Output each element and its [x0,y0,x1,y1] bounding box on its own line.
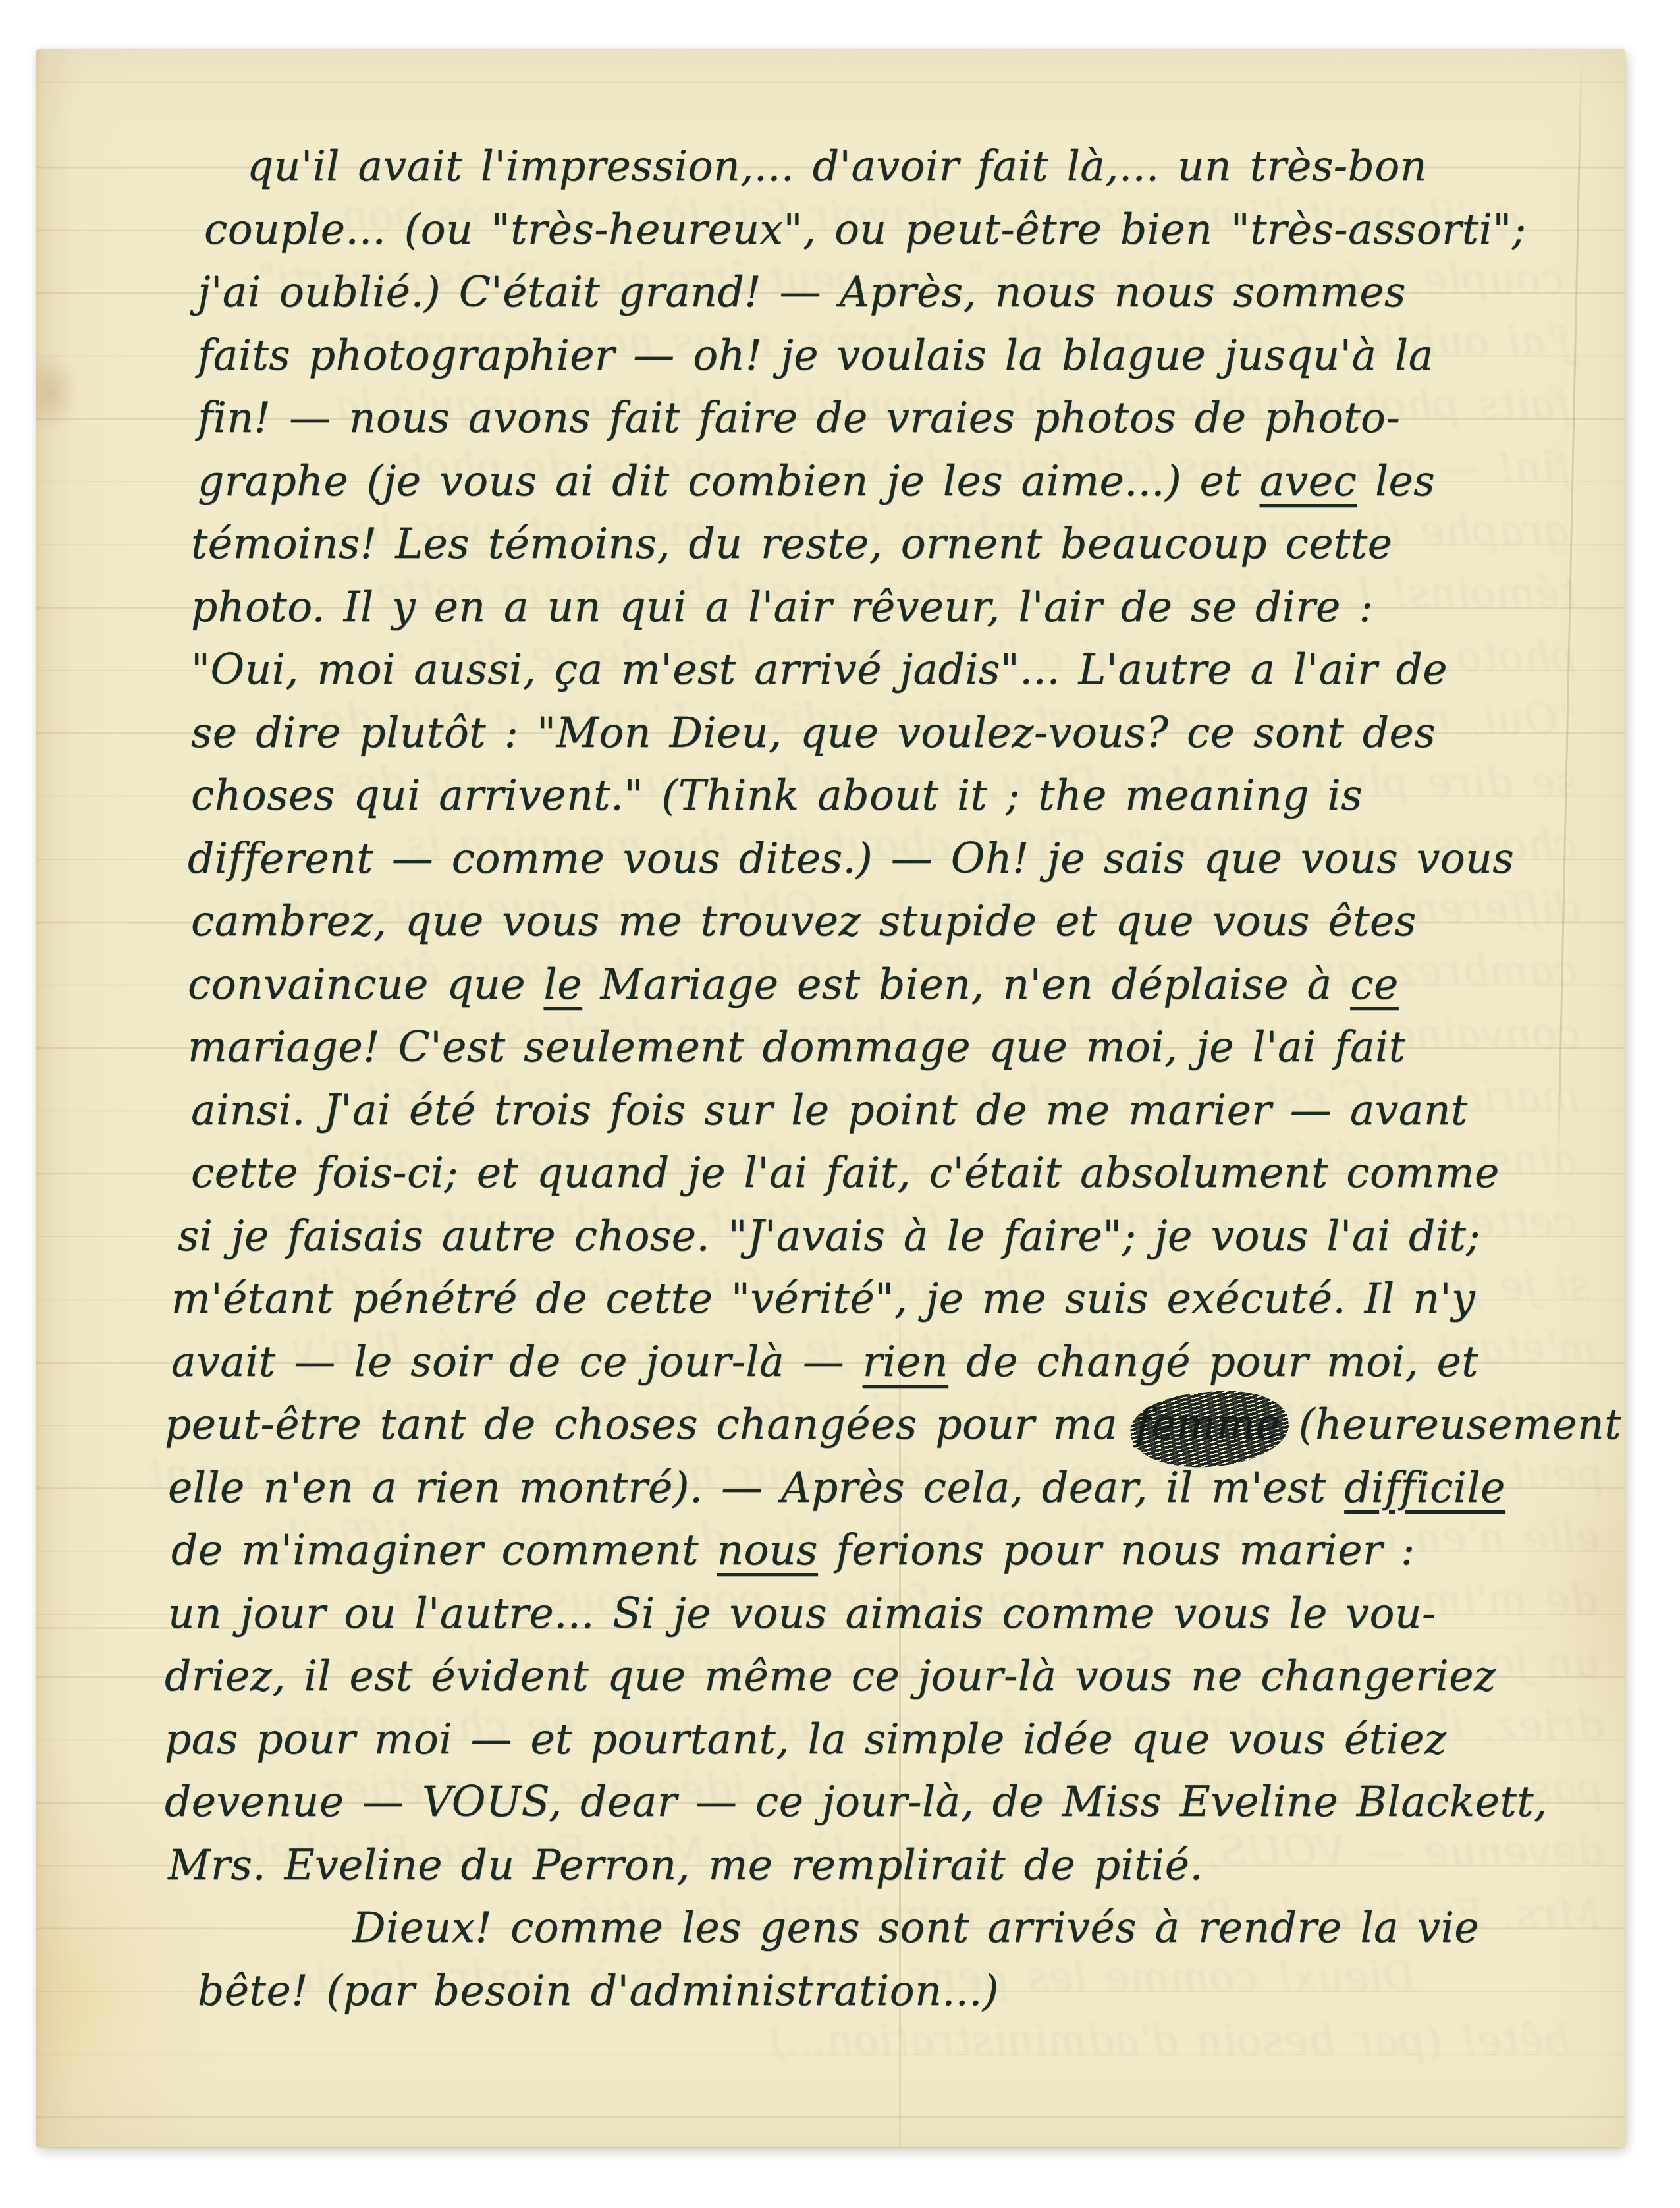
letter-line: faits photographier — oh! je voulais la … [198,324,1633,387]
letter-line: photo. Il y en a un qui a l'air rêveur, … [191,576,1633,639]
letter-line: peut-être tant de choses changées pour m… [165,1393,1633,1456]
letter-line: j'ai oublié.) C'était grand! — Après, no… [198,261,1633,324]
letter-line: pas pour moi — et pourtant, la simple id… [165,1708,1633,1771]
text-segment: bête! (par besoin d'administration...) [769,2016,1571,2064]
underlined-word: avec [1260,457,1357,505]
text-segment: de changé pour moi, et [948,1338,1478,1386]
letter-line: de m'imaginer comment nous ferions pour … [171,1519,1633,1582]
letter-line: graphe (je vous ai dit combien je les ai… [198,450,1633,513]
text-segment: (heureusement [1280,1400,1621,1449]
letter-line: se dire plutôt : "Mon Dieu, que voulez-v… [191,702,1633,765]
letter-line: Mrs. Eveline du Perron, me remplirait de… [168,1834,1633,1897]
text-segment: Mrs. Eveline du Perron, me remplirait de… [168,1841,1203,1889]
letter-line: ainsi. J'ai été trois fois sur le point … [191,1079,1633,1142]
text-segment: couple... (ou "très-heureux", ou peut-êt… [204,206,1527,254]
underlined-word: nous [717,1526,818,1574]
text-segment: cette fois-ci; et quand je l'ai fait, c'… [191,1149,1500,1197]
text-segment: faits photographier — oh! je voulais la … [198,331,1434,379]
scribbled-out-word: femme [1136,1393,1281,1456]
letter-line: choses qui arrivent." (Think about it ; … [191,764,1633,827]
letter-line: fin! — nous avons fait faire de vraies p… [198,387,1633,450]
text-segment: elle n'en a rien montré). — Après cela, … [168,1464,1344,1512]
underlined-word: rien [863,1338,948,1386]
text-segment: j'ai oublié.) C'était grand! — Après, no… [198,268,1406,316]
underlined-word: ce [1350,960,1399,1008]
letter-line: si je faisais autre chose. "J'avais à le… [178,1205,1633,1268]
text-segment: ferions pour nous marier : [818,1526,1415,1574]
scan-background: qu'il avait l'impression,... d'avoir fai… [0,0,1680,2208]
letter-line: devenue — VOUS, dear — ce jour-là, de Mi… [165,1771,1633,1834]
text-segment: graphe (je vous ai dit combien je les ai… [198,457,1260,505]
letter-line: couple... (ou "très-heureux", ou peut-êt… [204,198,1633,262]
letter-line: driez, il est évident que même ce jour-l… [165,1645,1633,1708]
text-segment: bête! (par besoin d'administration...) [198,1967,999,2015]
letter-line: qu'il avait l'impression,... d'avoir fai… [247,135,1633,198]
underlined-word: le [544,960,582,1008]
text-segment: different — comme vous dites.) — Oh! je … [188,835,1514,883]
letter-line: un jour ou l'autre... Si je vous aimais … [168,1582,1633,1645]
text-segment: cambrez, que vous me trouvez stupide et … [191,897,1417,945]
text-segment: si je faisais autre chose. "J'avais à le… [178,1212,1480,1260]
text-segment: ainsi. J'ai été trois fois sur le point … [191,1086,1468,1134]
text-segment: peut-être tant de choses changées pour m… [165,1400,1136,1449]
letter-line: cette fois-ci; et quand je l'ai fait, c'… [191,1142,1633,1205]
text-segment: pas pour moi — et pourtant, la simple id… [165,1715,1447,1763]
letter-line: different — comme vous dites.) — Oh! je … [188,827,1633,891]
text-segment: photo. Il y en a un qui a l'air rêveur, … [191,583,1373,631]
text-segment: Mariage est bien, n'en déplaise à [582,960,1350,1008]
text-segment: devenue — VOUS, dear — ce jour-là, de Mi… [165,1778,1548,1826]
letter-line: elle n'en a rien montré). — Après cela, … [168,1456,1633,1520]
letter-line: "Oui, moi aussi, ça m'est arrivé jadis".… [191,638,1633,702]
text-segment: Dieux! comme les gens sont arrivés à ren… [352,1904,1479,1952]
letter-line: m'étant pénétré de cette "vérité", je me… [171,1267,1633,1331]
text-segment: qu'il avait l'impression,... d'avoir fai… [247,142,1427,190]
text-segment: mariage! C'est seulement dommage que moi… [188,1023,1406,1071]
letter-line: mariage! C'est seulement dommage que moi… [188,1016,1633,1079]
text-segment: "Oui, moi aussi, ça m'est arrivé jadis".… [191,646,1448,694]
text-segment: témoins! Les témoins, du reste, ornent b… [191,520,1393,568]
letter-text: qu'il avait l'impression,... d'avoir fai… [191,135,1633,2022]
text-segment: convaincue que [188,960,544,1008]
underlined-word: difficile [1344,1464,1505,1512]
letter-line: Dieux! comme les gens sont arrivés à ren… [352,1896,1633,1960]
letter-line: témoins! Les témoins, du reste, ornent b… [191,512,1633,576]
text-segment: avait — le soir de ce jour-là — [171,1338,863,1386]
text-segment: les [1357,457,1435,505]
text-segment: se dire plutôt : "Mon Dieu, que voulez-v… [191,709,1436,757]
text-segment: driez, il est évident que même ce jour-l… [165,1652,1496,1700]
letter-line: bête! (par besoin d'administration...) [198,1960,1633,2023]
text-segment: un jour ou l'autre... Si je vous aimais … [168,1589,1436,1638]
text-segment: de m'imaginer comment [171,1526,717,1574]
letter-line: avait — le soir de ce jour-là — rien de … [171,1331,1633,1394]
letter-line: cambrez, que vous me trouvez stupide et … [191,890,1633,953]
letter-line: convaincue que le Mariage est bien, n'en… [188,953,1633,1016]
text-segment: m'étant pénétré de cette "vérité", je me… [171,1275,1475,1323]
letter-page: qu'il avait l'impression,... d'avoir fai… [36,49,1625,2147]
text-segment: choses qui arrivent." (Think about it ; … [191,771,1363,819]
text-segment: fin! — nous avons fait faire de vraies p… [198,394,1400,442]
